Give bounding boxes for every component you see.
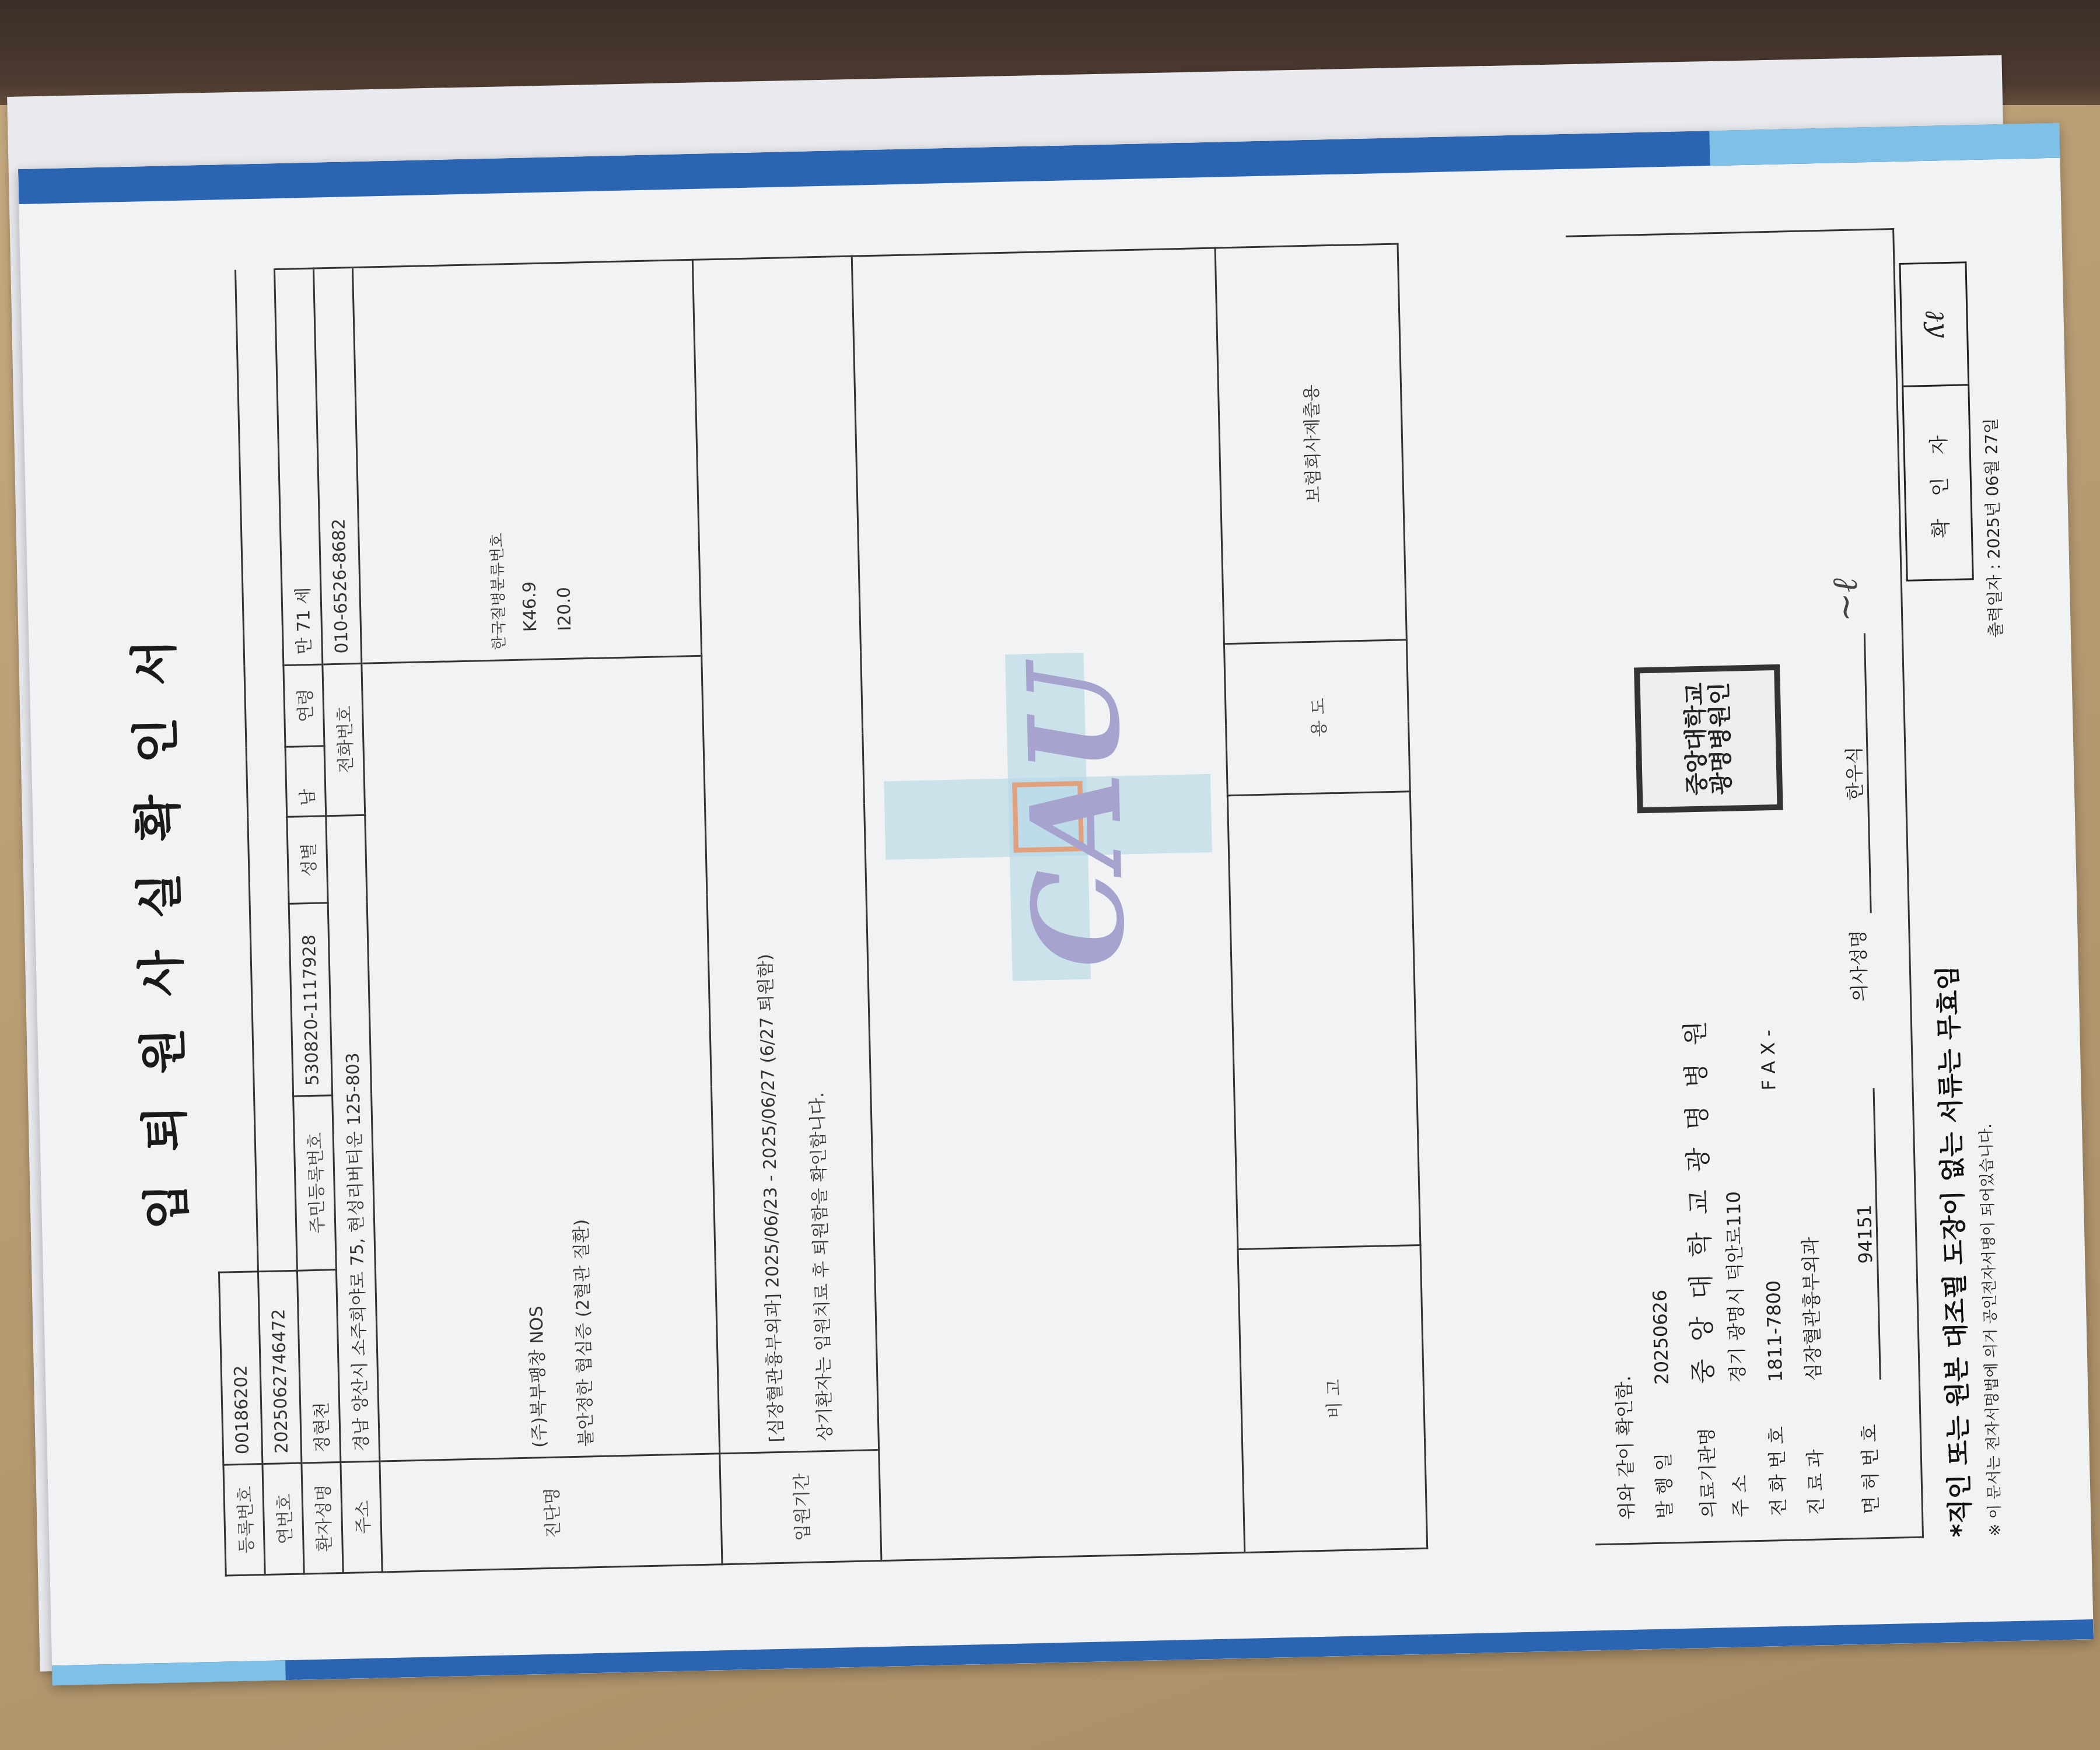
inst-address: 경기 광명시 덕안로110 xyxy=(1722,1191,1748,1383)
department: 심장혈관흉부외과 xyxy=(1799,1237,1825,1381)
validity-warning: *직인 또는 원본 대조필 도장이 없는 서류는 무효임 xyxy=(1927,965,1977,1538)
period-note: 상기환자는 입원치료 후 퇴원함을 확인합니다. xyxy=(784,267,836,1441)
age-label: 연령 xyxy=(283,664,324,747)
sex-label: 성별 xyxy=(287,815,328,904)
inst-phone-label: 전 화 번 호 xyxy=(1761,1382,1791,1517)
inst-address-label: 주 소 xyxy=(1723,1382,1753,1517)
ref-no-label: 연번호 xyxy=(262,1463,304,1574)
confirm-statement: 위와 같이 확인함. xyxy=(1609,1375,1640,1520)
kcd-label: 한국질병분류번호 xyxy=(479,274,509,650)
certificate-page: 입퇴원사실확인서 등록번호 00186202 연번호 2025062746472… xyxy=(18,123,2094,1686)
inst-address-row: 주 소경기 광명시 덕안로110 xyxy=(1718,1191,1753,1518)
remarks-label: 비 고 xyxy=(1238,1245,1427,1553)
license-label: 면 허 번 호 xyxy=(1854,1380,1884,1514)
registration-no-label: 등록번호 xyxy=(223,1464,265,1576)
resident-no: 530820-1117928 xyxy=(289,903,332,1096)
diagnosis-item: (주)복부팽창 NOS xyxy=(508,670,551,1448)
purpose-label: 용 도 xyxy=(1224,640,1410,796)
remarks-value xyxy=(1227,791,1420,1249)
inst-phone: 1811-7800 xyxy=(1758,1090,1787,1382)
registration-no: 00186202 xyxy=(219,1272,262,1465)
department-row: 진 료 과심장혈관흉부외과 xyxy=(1796,1237,1829,1515)
doctor-name: 한우식 xyxy=(1837,633,1872,914)
kcd-code: K46.9 xyxy=(512,274,541,649)
phone-label: 전화번호 xyxy=(323,663,365,815)
patient-name: 정현천 xyxy=(297,1270,340,1463)
issue-date: 20250626 xyxy=(1648,1289,1673,1385)
institution-row: 의료기관명중 앙 대 학 교 광 명 병 원 xyxy=(1674,1016,1723,1518)
institution-name: 중 앙 대 학 교 광 명 병 원 xyxy=(1681,1016,1718,1384)
resident-no-label: 주민등록번호 xyxy=(293,1095,337,1271)
confirmer-label: 확 인 자 xyxy=(1903,384,1972,579)
kcd-cell: 한국질병분류번호 K46.9 I20.0 xyxy=(352,260,701,663)
hospital-seal-icon: 중앙대학교광명병원인 xyxy=(1634,664,1783,814)
issue-date-row: 발 행 일20250626 xyxy=(1645,1289,1677,1519)
issuer-section: 위와 같이 확인함. 발 행 일20250626 의료기관명중 앙 대 학 교 … xyxy=(1566,228,1924,1545)
ref-no: 2025062746472 xyxy=(258,1271,301,1464)
department-label: 진 료 과 xyxy=(1799,1381,1829,1515)
patient-name-label: 환자성명 xyxy=(302,1462,343,1574)
address-label: 주소 xyxy=(341,1461,382,1573)
inst-fax: F A X - xyxy=(1756,1030,1780,1091)
e-signature-note: ※ 이 문서는 전자서명법에 의거 공인전자서명이 되어있습니다. xyxy=(1974,1123,2005,1536)
document-body: 입퇴원사실확인서 등록번호 00186202 연번호 2025062746472… xyxy=(83,183,2028,1614)
patient-info-table: 등록번호 00186202 연번호 2025062746472 환자성명 정현천… xyxy=(195,243,1428,1576)
cau-watermark-icon: CAU xyxy=(881,650,1215,984)
admission-period: [심장혈관흉부외과] 2025/06/23 - 2025/06/27 (6/27… xyxy=(735,268,787,1443)
purpose-value: 보험회사제출용 xyxy=(1215,244,1406,644)
institution-label: 의료기관명 xyxy=(1691,1383,1721,1518)
sex: 남 xyxy=(285,746,326,817)
license-row: 면 허 번 호94151의사성명한우식~ℓ xyxy=(1825,577,1887,1514)
page-stripe-top-accent xyxy=(1709,123,2060,166)
license-no: 94151 xyxy=(1851,1088,1881,1380)
doctor-signature: ~ℓ xyxy=(1825,577,1867,622)
inst-phone-row: 전 화 번 호1811-7800F A X - xyxy=(1753,1030,1791,1517)
diagnosis-label: 진단명 xyxy=(380,1454,722,1572)
confirmer-signature: ʎℓ xyxy=(1901,263,1968,385)
document-title: 입퇴원사실확인서 xyxy=(107,224,206,1613)
confirmer-box: 확 인 자 ʎℓ xyxy=(1899,261,1973,581)
kcd-code: I20.0 xyxy=(547,273,576,649)
period-cell: [심장혈관흉부외과] 2025/06/23 - 2025/06/27 (6/27… xyxy=(692,256,878,1454)
issue-date-label: 발 행 일 xyxy=(1647,1384,1677,1519)
diagnosis-item: 불안정한 협심증 (2혈관 질환) xyxy=(554,668,597,1447)
svg-text:CAU: CAU xyxy=(1000,656,1153,970)
doctor-label: 의사성명 xyxy=(1843,913,1873,1019)
period-label: 입원기간 xyxy=(720,1450,881,1564)
diagnosis-list: (주)복부팽창 NOS 불안정한 협심증 (2혈관 질환) xyxy=(362,656,720,1461)
printed-date: 출력일자 : 2025년 06월 27일 xyxy=(1979,418,2007,638)
